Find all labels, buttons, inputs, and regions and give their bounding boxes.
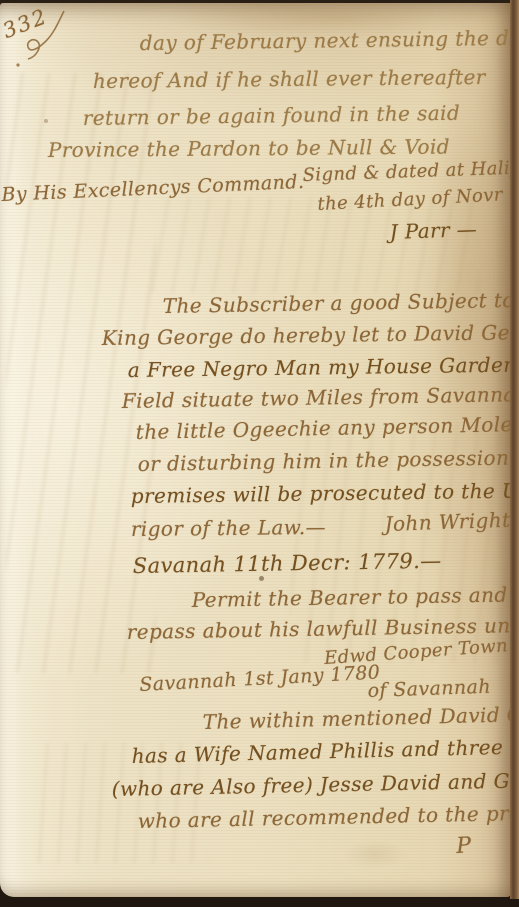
endorsement-line: has a Wife Named Phillis and three Child… [131, 733, 511, 768]
command-line: By His Excellencys Command. [1, 171, 305, 206]
pass-dateline: Savannah 1st Jany 1780 [139, 661, 381, 696]
attestation-line: Signd & dated at Halifax [302, 157, 511, 186]
cooper-signature: of Savannah [367, 676, 491, 702]
endorsement-line: (who are Also free) Jesse David and Ginn… [111, 768, 511, 801]
attestation-date: the 4th day of Novr 1782 [317, 182, 511, 215]
lease-note-line: premises will be prosecuted to the Utmos… [131, 478, 511, 508]
lease-note-line: or disturbing him in the possession of t… [138, 444, 511, 476]
pardon-clause-line: return or be again found in the said [83, 101, 461, 130]
endorsement-line: The within mentioned David George [202, 701, 511, 734]
manuscript-page: 332 day of February next ensuing the dat… [0, 3, 511, 897]
paper-stain [345, 841, 405, 867]
pass-note-line: Permit the Bearer to pass and [192, 582, 508, 612]
lease-note-line: Field situate two Miles from Savannah ne… [122, 381, 511, 413]
lease-note-line: rigor of the Law.— [131, 515, 326, 541]
lease-note-line: The Subscriber a good Subject to [163, 288, 511, 318]
lease-note-line: a Free Negro Man my House Garden and [128, 352, 511, 382]
governor-signature: J Parr — [389, 217, 477, 244]
photographed-book: 332 day of February next ensuing the dat… [0, 0, 519, 907]
lease-note-line: the little Ogeechie any person Molesting [135, 411, 511, 444]
pardon-clause-line: Province the Pardon to be Null & Void [48, 134, 450, 162]
bleed-through-text [150, 198, 480, 293]
page-number: 332 [0, 4, 51, 43]
catchword: P [456, 833, 472, 859]
wright-signature: John Wright [384, 508, 511, 536]
endorsement-line: who are all recommended to the protectio… [137, 799, 511, 833]
pardon-clause-line: day of February next ensuing the date [140, 25, 511, 55]
book-fore-edge [510, 0, 519, 899]
lease-dateline: Savanah 11th Decr: 1779.— [133, 549, 442, 578]
ink-speck [259, 576, 264, 581]
ink-speck [44, 119, 48, 123]
pardon-clause-line: hereof And if he shall ever thereafter [93, 65, 486, 93]
lease-note-line: King George do hereby let to David Georg… [102, 320, 511, 350]
